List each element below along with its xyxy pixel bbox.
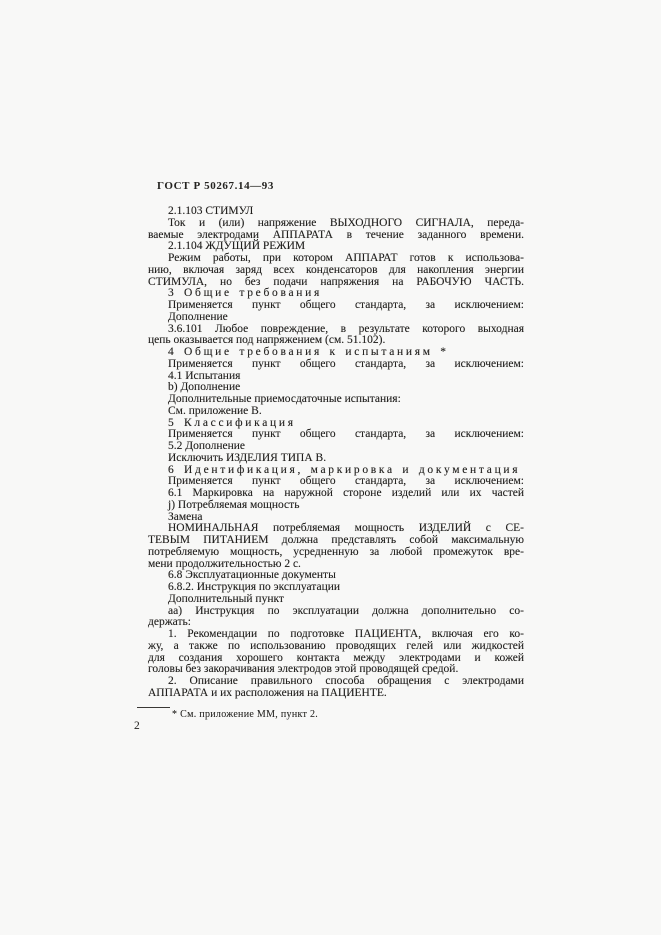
document-body: 2.1.103 СТИМУЛТок и (или) напряжение ВЫХ… (148, 206, 524, 700)
text-line: Исключить ИЗДЕЛИЯ ТИПА В. (148, 453, 524, 465)
text-line: потребляемую мощность, усредненную за лю… (148, 547, 524, 559)
text-line: Ток и (или) напряжение ВЫХОДНОГО СИГНАЛА… (148, 218, 524, 230)
text-line: ТЕВЫМ ПИТАНИЕМ должна представлять собой… (148, 535, 524, 547)
text-line: 6.1 Маркировка на наружной стороне издел… (148, 488, 524, 500)
footnote: * См. приложение ММ, пункт 2. (172, 709, 318, 720)
text-line: 6.8.2. Инструкция по эксплуатации (148, 582, 524, 594)
section-heading: 4 Общие требования к испытаниям * (148, 347, 524, 359)
text-line: Применяется пункт общего стандарта, за и… (148, 300, 524, 312)
text-line: 5.2 Дополнение (148, 441, 524, 453)
text-line: См. приложение В. (148, 406, 524, 418)
text-line: Дополнительный пункт (148, 594, 524, 606)
text-line: 2.1.103 СТИМУЛ (148, 206, 524, 218)
text-line: Режим работы, при котором АППАРАТ готов … (148, 253, 524, 265)
page-number: 2 (134, 720, 140, 732)
text-line: j) Потребляемая мощность (148, 500, 524, 512)
document-header: ГОСТ Р 50267.14—93 (157, 180, 274, 192)
text-line: Применяется пункт общего стандарта, за и… (148, 359, 524, 371)
text-line: Дополнение (148, 312, 524, 324)
text-line: 2. Описание правильного способа обращени… (148, 676, 524, 688)
footnote-divider (137, 707, 170, 708)
text-line: Дополнительные приемосдаточные испытания… (148, 394, 524, 406)
text-line: АППАРАТА и их расположения на ПАЦИЕНТЕ. (148, 688, 524, 700)
text-line: аа) Инструкция по эксплуатации должна до… (148, 606, 524, 618)
document-page: ГОСТ Р 50267.14—93 2.1.103 СТИМУЛТок и (… (0, 0, 661, 935)
text-line: жу, а также по использованию проводящих … (148, 641, 524, 653)
text-line: 1. Рекомендации по подготовке ПАЦИЕНТА, … (148, 629, 524, 641)
text-line: нию, включая заряд всех конденсаторов дл… (148, 265, 524, 277)
